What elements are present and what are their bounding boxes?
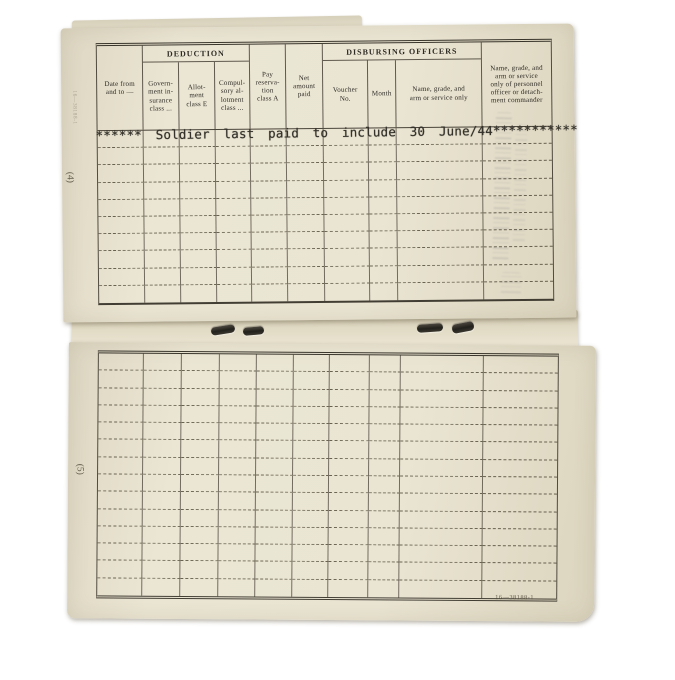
table-body-page4 xyxy=(98,127,554,303)
empty-cell xyxy=(144,354,182,372)
empty-cell xyxy=(369,528,400,545)
empty-cell xyxy=(256,406,293,424)
empty-cell xyxy=(220,389,257,407)
empty-cell xyxy=(143,440,181,458)
deduction-subcolumns: Govern- ment in- surance class ... Allot… xyxy=(143,62,250,130)
empty-cell xyxy=(218,562,255,580)
empty-cell xyxy=(98,492,143,510)
empty-cell xyxy=(216,164,251,182)
empty-cell xyxy=(255,545,292,563)
pay-book-photo: (4) 16—38188-1 Date from and to — DEDUCT… xyxy=(0,0,675,680)
empty-cell xyxy=(294,372,330,390)
empty-cell xyxy=(181,492,219,510)
empty-cell xyxy=(143,509,181,527)
empty-cell xyxy=(181,268,217,286)
empty-cell xyxy=(252,250,288,268)
bottom-page: (5) 16—38188-1 xyxy=(67,342,596,622)
empty-cell xyxy=(99,285,145,303)
col-label: Net amount paid xyxy=(293,74,315,98)
empty-cell xyxy=(368,563,399,580)
col-label: Govern- ment in- surance class ... xyxy=(148,80,173,112)
empty-cell xyxy=(484,391,558,409)
deduction-group: DEDUCTION Govern- ment in- surance class… xyxy=(143,45,251,130)
empty-cell xyxy=(217,250,252,268)
empty-cell xyxy=(98,474,143,492)
empty-cell xyxy=(370,355,401,372)
empty-cell xyxy=(400,442,483,460)
empty-cell xyxy=(329,441,369,459)
col-header-personnel-officer: Name, grade, and arm or service only of … xyxy=(482,42,552,127)
empty-cell xyxy=(324,197,369,215)
empty-cell xyxy=(330,372,370,390)
empty-cell xyxy=(400,528,483,546)
empty-cell xyxy=(180,164,216,182)
empty-cell xyxy=(482,546,556,564)
empty-cell xyxy=(369,511,400,528)
empty-cell xyxy=(325,266,370,284)
empty-cell xyxy=(369,494,400,511)
empty-cell xyxy=(287,215,324,233)
form-number: 16—38188-1 xyxy=(495,594,534,601)
empty-cell xyxy=(397,196,483,214)
empty-cell xyxy=(400,511,483,529)
empty-cell xyxy=(329,511,369,529)
empty-cell xyxy=(99,251,145,269)
col-header-compulsory-allotment: Compul- sory al- lotment class ... xyxy=(215,62,250,129)
empty-cell xyxy=(181,423,219,441)
empty-cell xyxy=(251,164,287,182)
pay-record-table-page4: Date from and to — DEDUCTION Govern- men… xyxy=(96,39,554,305)
empty-cell xyxy=(329,493,369,511)
empty-cell xyxy=(257,372,294,390)
empty-cell xyxy=(293,510,329,528)
empty-cell xyxy=(180,182,216,200)
empty-cell xyxy=(325,283,370,301)
empty-cell xyxy=(329,424,369,442)
col-label: Pay reserva- tion class A xyxy=(255,70,279,102)
empty-cell xyxy=(288,232,325,250)
empty-cell xyxy=(180,579,218,597)
empty-cell xyxy=(144,371,182,389)
empty-cell xyxy=(143,423,181,441)
empty-cell xyxy=(400,425,483,443)
empty-cell xyxy=(182,354,220,372)
col-label: Name, grade, and arm or service only of … xyxy=(490,64,543,105)
empty-cell xyxy=(400,407,483,425)
empty-cell xyxy=(293,458,329,476)
empty-cell xyxy=(294,389,330,407)
empty-cell xyxy=(145,285,181,303)
empty-cell xyxy=(219,406,256,424)
empty-cell xyxy=(399,580,482,598)
empty-cell xyxy=(142,561,180,579)
empty-cell xyxy=(99,353,144,371)
table-header: Date from and to — DEDUCTION Govern- men… xyxy=(97,42,552,131)
empty-cell xyxy=(328,562,368,580)
empty-cell xyxy=(482,563,556,581)
empty-cell xyxy=(182,371,220,389)
empty-cell xyxy=(256,527,293,545)
empty-cell xyxy=(287,198,324,216)
empty-cell xyxy=(97,543,142,561)
empty-cell xyxy=(369,214,397,231)
empty-cell xyxy=(483,408,557,426)
empty-cell xyxy=(218,544,255,562)
empty-cell xyxy=(144,148,180,166)
empty-cell xyxy=(401,390,484,408)
empty-cell xyxy=(98,422,143,440)
empty-cell xyxy=(369,476,400,493)
empty-cell xyxy=(180,544,218,562)
empty-cell xyxy=(369,407,400,424)
empty-cell xyxy=(256,424,293,442)
empty-cell xyxy=(398,231,484,249)
empty-cell xyxy=(144,388,182,406)
empty-cell xyxy=(397,145,483,163)
empty-cell xyxy=(99,371,144,389)
empty-cell xyxy=(144,165,180,183)
empty-cell xyxy=(180,199,216,217)
empty-cell xyxy=(370,231,398,248)
empty-cell xyxy=(288,249,325,267)
empty-cell xyxy=(251,198,287,216)
empty-cell xyxy=(293,424,329,442)
empty-cell xyxy=(256,493,293,511)
col-header-allotment-class-e: Allot- ment class E xyxy=(179,62,216,129)
empty-cell xyxy=(483,529,557,547)
deduction-group-title: DEDUCTION xyxy=(143,45,249,63)
empty-cell xyxy=(98,217,144,235)
empty-cell xyxy=(257,389,294,407)
empty-cell xyxy=(398,265,484,283)
empty-cell xyxy=(329,407,369,425)
empty-cell xyxy=(219,492,256,510)
pay-record-table-page5 xyxy=(96,350,559,601)
empty-cell xyxy=(369,424,400,441)
empty-cell xyxy=(293,441,329,459)
empty-cell xyxy=(483,442,557,460)
empty-cell xyxy=(293,528,329,546)
empty-cell xyxy=(219,510,256,528)
empty-cell xyxy=(255,562,292,580)
empty-cell xyxy=(98,165,144,183)
empty-cell xyxy=(181,527,219,545)
empty-cell xyxy=(181,509,219,527)
disbursing-subcolumns: Voucher No. Month Name, grade, and arm o… xyxy=(323,59,482,128)
col-label: Allot- ment class E xyxy=(186,83,207,107)
empty-cell xyxy=(142,544,180,562)
col-label: Compul- sory al- lotment class ... xyxy=(219,79,246,111)
empty-cell xyxy=(324,180,369,198)
empty-cell xyxy=(144,199,180,217)
empty-cell xyxy=(294,355,330,373)
empty-cell xyxy=(252,233,288,251)
empty-cell xyxy=(369,145,397,162)
empty-cell xyxy=(369,459,400,476)
col-label: Name, grade, and arm or service only xyxy=(410,85,468,102)
page-number-5: (5) xyxy=(75,464,85,475)
empty-cell xyxy=(328,545,368,563)
empty-cell xyxy=(143,526,181,544)
empty-cell xyxy=(483,494,557,512)
empty-cell xyxy=(398,248,484,266)
empty-cell xyxy=(483,460,557,478)
empty-cell xyxy=(292,579,328,597)
empty-cell xyxy=(288,267,325,285)
empty-cell xyxy=(145,251,181,269)
empty-cell xyxy=(180,216,216,234)
empty-cell xyxy=(216,198,251,216)
col-header-month: Month xyxy=(368,60,397,127)
empty-cell xyxy=(401,355,484,373)
empty-cell xyxy=(484,373,558,391)
empty-cell xyxy=(143,492,181,510)
empty-cell xyxy=(400,494,483,512)
empty-cell xyxy=(483,512,557,530)
col-label: Date from and to — xyxy=(104,80,135,96)
empty-cell xyxy=(401,373,484,391)
empty-cell xyxy=(330,355,370,373)
empty-cell xyxy=(144,216,180,234)
empty-cell xyxy=(293,407,329,425)
empty-cell xyxy=(98,199,144,217)
col-label: Month xyxy=(372,90,392,98)
empty-cell xyxy=(181,285,217,303)
top-page: (4) 16—38188-1 Date from and to — DEDUCT… xyxy=(61,24,577,323)
empty-cell xyxy=(182,389,220,407)
empty-cell xyxy=(220,371,257,389)
empty-cell xyxy=(99,234,145,252)
empty-cell xyxy=(99,388,144,406)
empty-cell xyxy=(483,477,557,495)
empty-cell xyxy=(328,580,368,598)
empty-cell xyxy=(251,181,287,199)
col-header-name-grade-arm: Name, grade, and arm or service only xyxy=(396,59,482,127)
empty-cell xyxy=(256,475,293,493)
empty-cell xyxy=(219,423,256,441)
empty-cell xyxy=(288,284,325,302)
empty-cell xyxy=(398,282,484,300)
empty-cell xyxy=(370,373,401,390)
empty-cell xyxy=(217,284,252,302)
empty-cell xyxy=(216,147,251,165)
table-row xyxy=(97,578,556,598)
empty-cell xyxy=(252,267,288,285)
empty-cell xyxy=(369,442,400,459)
empty-cell xyxy=(330,390,370,408)
empty-cell xyxy=(216,181,251,199)
disbursing-officers-group-title: DISBURSING OFFICERS xyxy=(323,42,481,61)
col-header-voucher-no: Voucher No. xyxy=(323,61,369,128)
empty-cell xyxy=(217,267,252,285)
empty-cell xyxy=(181,475,219,493)
empty-cell xyxy=(397,213,483,231)
empty-cell xyxy=(98,405,143,423)
empty-cell xyxy=(216,216,251,234)
empty-cell xyxy=(97,561,142,579)
empty-cell xyxy=(218,579,255,597)
empty-cell xyxy=(220,354,257,372)
empty-cell xyxy=(369,197,397,214)
empty-cell xyxy=(287,146,324,164)
empty-cell xyxy=(145,234,181,252)
empty-cell xyxy=(219,458,256,476)
empty-cell xyxy=(217,233,252,251)
side-form-number: 16—38188-1 xyxy=(71,90,77,124)
empty-cell xyxy=(143,475,181,493)
empty-cell xyxy=(369,180,397,197)
page-number-4: (4) xyxy=(65,172,75,183)
empty-cell xyxy=(251,147,287,165)
stamp-bleedthrough-mark xyxy=(501,272,522,296)
empty-cell xyxy=(370,266,398,283)
empty-cell xyxy=(484,356,558,374)
empty-cell xyxy=(370,390,401,407)
empty-cell xyxy=(293,476,329,494)
empty-cell xyxy=(180,561,218,579)
empty-cell xyxy=(181,440,219,458)
empty-cell xyxy=(368,545,399,562)
empty-cell xyxy=(368,580,399,597)
empty-cell xyxy=(143,457,181,475)
empty-cell xyxy=(97,578,142,596)
empty-cell xyxy=(180,147,216,165)
empty-cell xyxy=(292,562,328,580)
empty-cell xyxy=(397,162,483,180)
empty-cell xyxy=(98,509,143,527)
empty-cell xyxy=(325,249,370,267)
empty-cell xyxy=(255,579,292,597)
empty-cell xyxy=(98,526,143,544)
empty-cell xyxy=(256,458,293,476)
empty-cell xyxy=(143,406,181,424)
empty-cell xyxy=(219,441,256,459)
empty-cell xyxy=(400,459,483,477)
empty-cell xyxy=(369,163,397,180)
empty-cell xyxy=(252,284,288,302)
table-body-page5 xyxy=(97,353,558,598)
empty-cell xyxy=(483,425,557,443)
col-header-net-amount-paid: Net amount paid xyxy=(286,44,324,128)
empty-cell xyxy=(256,441,293,459)
empty-cell xyxy=(256,510,293,528)
empty-cell xyxy=(144,182,180,200)
col-label: Voucher No. xyxy=(333,86,358,102)
table-row xyxy=(99,282,553,304)
empty-cell xyxy=(329,459,369,477)
empty-cell xyxy=(98,182,144,200)
empty-cell xyxy=(293,493,329,511)
empty-cell xyxy=(99,268,145,286)
empty-cell xyxy=(257,354,294,372)
empty-cell xyxy=(324,215,369,233)
disbursing-officers-group: DISBURSING OFFICERS Voucher No. Month Na… xyxy=(323,42,483,128)
col-header-government-insurance: Govern- ment in- surance class ... xyxy=(143,62,180,129)
empty-cell xyxy=(399,563,482,581)
col-header-pay-reservation: Pay reserva- tion class A xyxy=(250,44,287,128)
empty-cell xyxy=(399,546,482,564)
empty-cell xyxy=(181,233,217,251)
empty-cell xyxy=(181,458,219,476)
empty-cell xyxy=(181,250,217,268)
empty-cell xyxy=(325,232,370,250)
empty-cell xyxy=(251,215,287,233)
empty-cell xyxy=(397,179,483,197)
empty-cell xyxy=(142,578,180,596)
empty-cell xyxy=(329,476,369,494)
empty-cell xyxy=(219,527,256,545)
empty-cell xyxy=(145,268,181,286)
empty-cell xyxy=(324,146,369,164)
empty-cell xyxy=(98,148,144,166)
empty-cell xyxy=(370,283,398,300)
empty-cell xyxy=(370,249,398,266)
empty-cell xyxy=(329,528,369,546)
empty-cell xyxy=(98,440,143,458)
empty-cell xyxy=(400,476,483,494)
empty-cell xyxy=(287,163,324,181)
empty-cell xyxy=(324,163,369,181)
col-header-date-from-and-to: Date from and to — xyxy=(97,46,144,130)
empty-cell xyxy=(292,545,328,563)
empty-cell xyxy=(287,181,324,199)
empty-cell xyxy=(181,406,219,424)
empty-cell xyxy=(219,475,256,493)
empty-cell xyxy=(98,457,143,475)
